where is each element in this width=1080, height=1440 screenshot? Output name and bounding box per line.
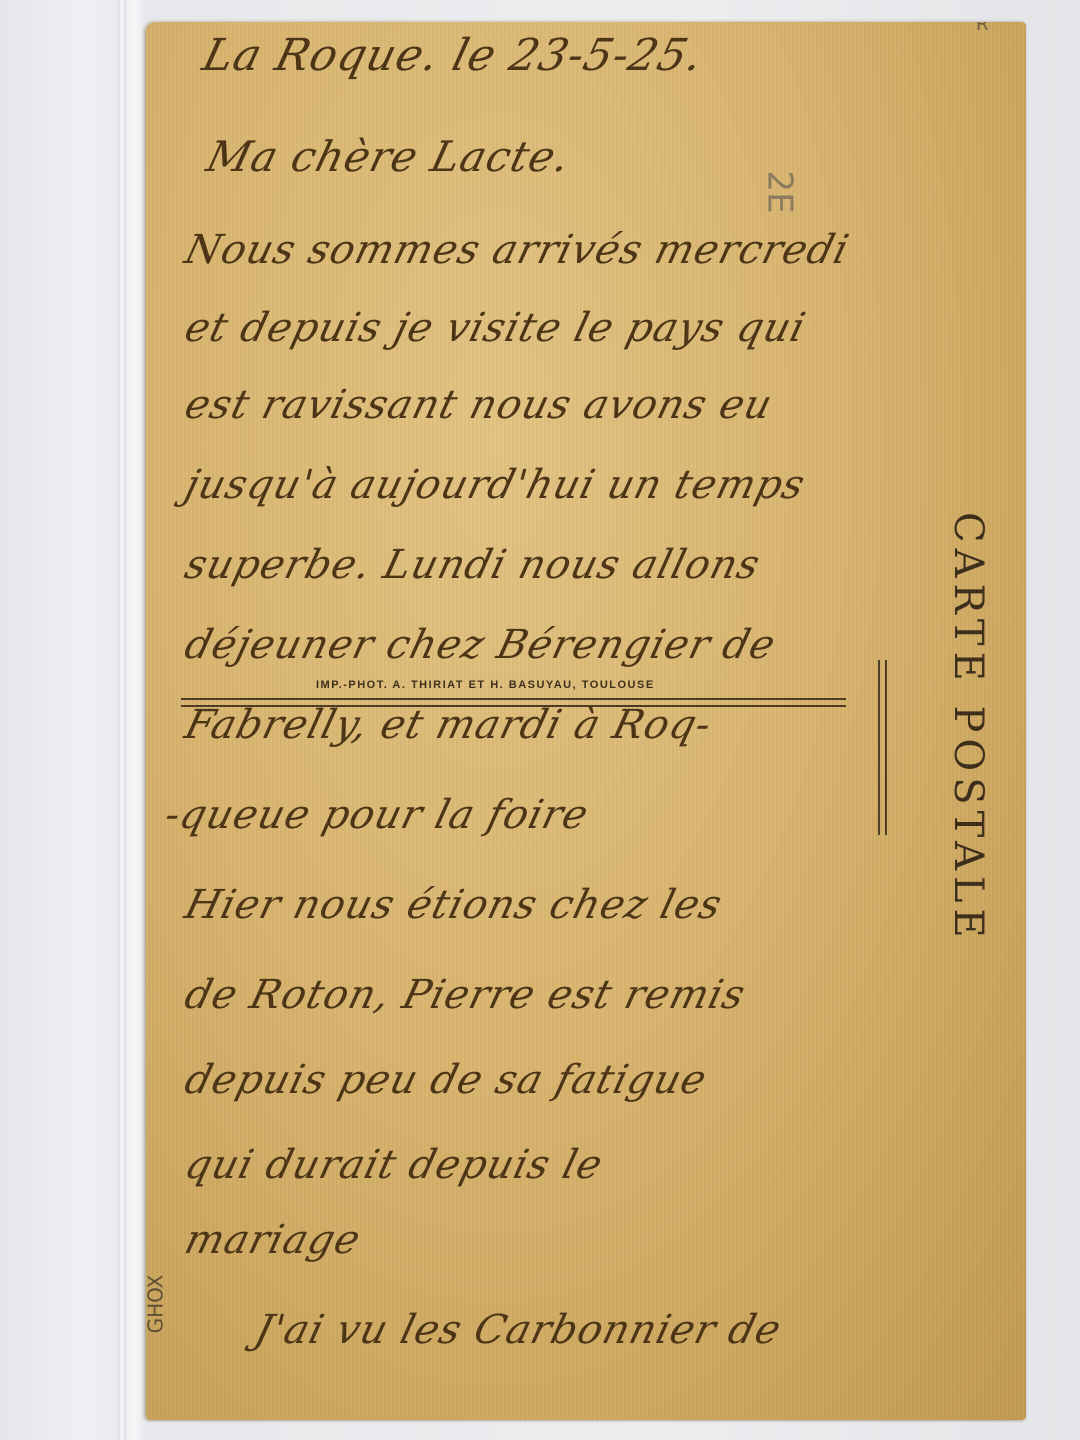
handwritten-line: Hier nous étions chez les (180, 882, 727, 928)
handwritten-line: Fabrelly, et mardi à Roq- (180, 702, 716, 748)
handwritten-line: Ma chère Lacte. (202, 132, 576, 181)
postcard: R 2E GHOX IMP.-PHOT. A. THIRIAT ET H. BA… (146, 22, 1026, 1420)
handwritten-line: est ravissant nous avons eu (180, 382, 777, 428)
vertical-rule-left (878, 660, 880, 835)
printer-credit: IMP.-PHOT. A. THIRIAT ET H. BASUYAU, TOU… (316, 679, 655, 691)
carte-postale-header: CARTE POSTALE (945, 512, 991, 972)
plastic-sleeve-edge (118, 0, 126, 1440)
handwritten-line: jusqu'à aujourd'hui un temps (180, 462, 810, 508)
handwritten-line: Nous sommes arrivés mercredi (180, 227, 854, 273)
handwritten-line: déjeuner chez Bérengier de (180, 622, 780, 668)
pencil-number-mark: 2E (760, 170, 800, 213)
pencil-reference-mark: R (976, 22, 989, 35)
pencil-side-note: GHOX (146, 1275, 167, 1334)
divider-rule-top (181, 698, 846, 700)
handwritten-line: superbe. Lundi nous allons (180, 542, 765, 588)
vertical-rule-right (885, 660, 887, 835)
handwritten-line: La Roque. le 23-5-25. (198, 30, 709, 81)
handwritten-line: -queue pour la foire (160, 792, 593, 838)
handwritten-line: et depuis je visite le pays qui (180, 305, 810, 351)
handwritten-line: J'ai vu les Carbonnier de (250, 1307, 786, 1353)
handwritten-line: depuis peu de sa fatigue (180, 1057, 712, 1103)
handwritten-line: de Roton, Pierre est remis (180, 972, 750, 1018)
handwritten-line: qui durait depuis le (180, 1142, 607, 1188)
handwritten-line: mariage (180, 1217, 365, 1263)
